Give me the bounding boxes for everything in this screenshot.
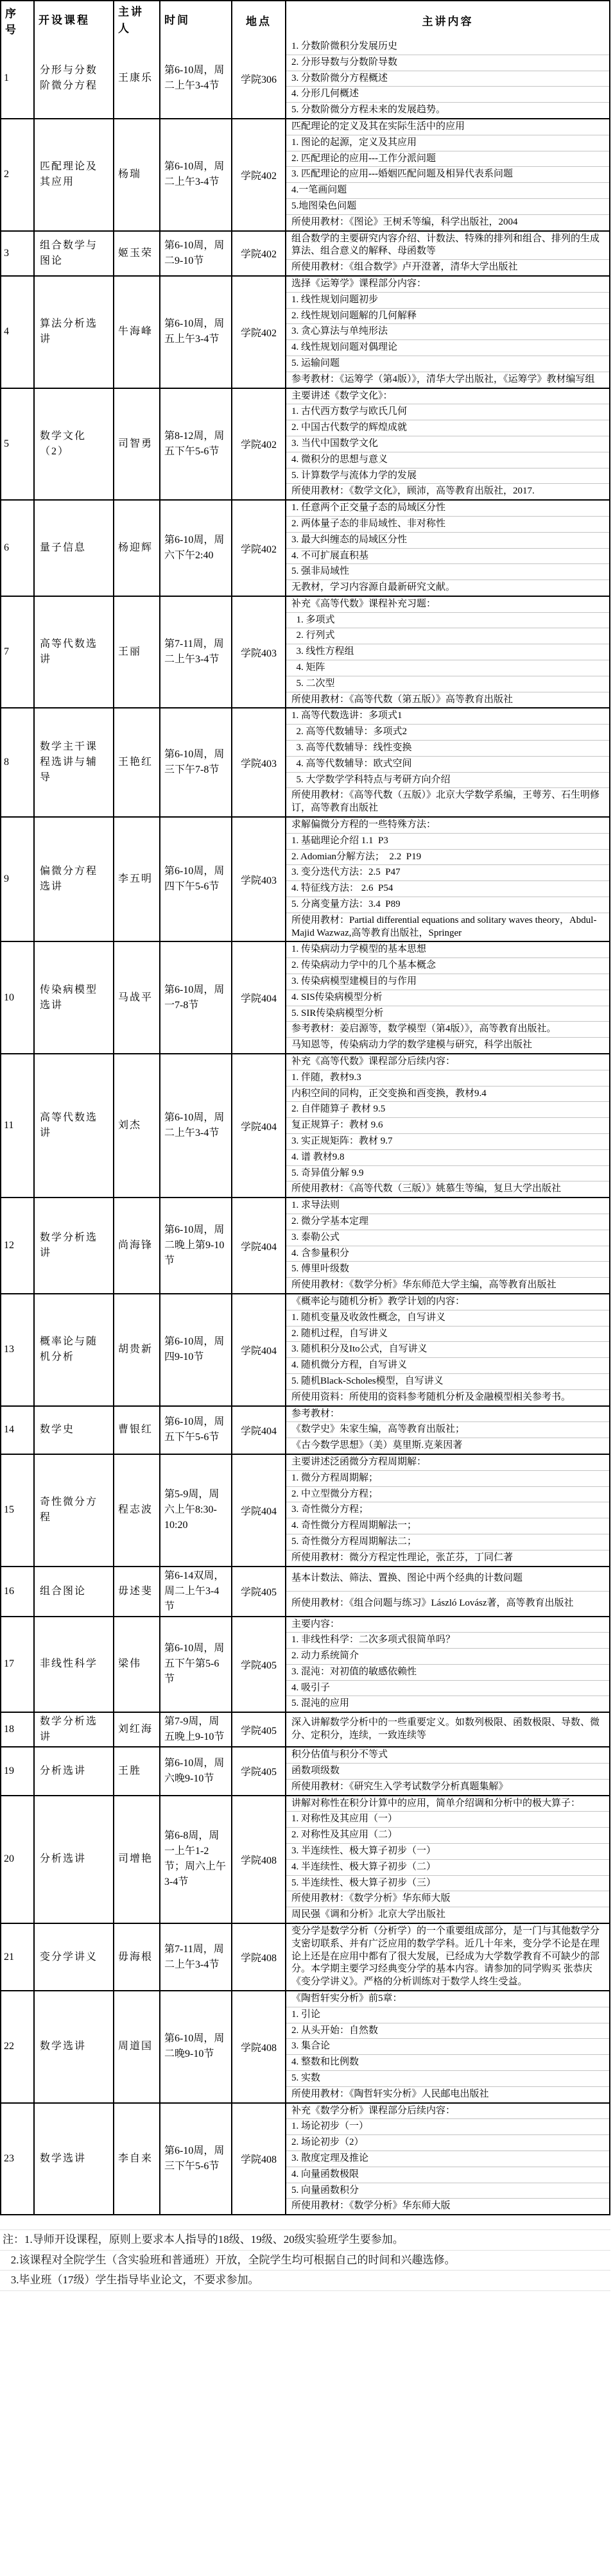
course-location: 学院404 — [232, 1198, 286, 1293]
content-line: 主要讲述《数学文化》： — [286, 389, 609, 405]
content-line: 3. 传染病模型建模目的与作用 — [286, 974, 609, 990]
content-line: 3. 分数阶微分方程概述 — [286, 71, 609, 87]
course-name: 概率论与随机分析 — [35, 1294, 114, 1405]
lecturer-name: 王艳红 — [114, 708, 160, 816]
content-line: 所使用教材：《组合问题与练习》László Lovász著，高等教育出版社 — [286, 1592, 609, 1616]
course-time: 第6-10周，周六下午2:40 — [160, 501, 232, 596]
content-line: 4. 谱 教材9.8 — [286, 1150, 609, 1166]
header-col-no: 序号 — [1, 1, 35, 39]
course-no: 5 — [1, 389, 35, 500]
content-line: 1. 微分方程周期解； — [286, 1471, 609, 1487]
course-content: 1. 分数阶微积分发展历史2. 分形导数与分数阶导数3. 分数阶微分方程概述4.… — [286, 39, 609, 118]
content-line: 《数学史》朱家生编，高等教育出版社； — [286, 1422, 609, 1438]
course-no: 3 — [1, 232, 35, 275]
course-content: 主要讲述《数学文化》：1. 古代西方数学与欧氏几何2. 中国古代数学的辉煌成就3… — [286, 389, 609, 500]
content-line: 选择《运筹学》课程部分内容： — [286, 277, 609, 293]
course-time: 第6-10周，周五下午5-6节 — [160, 1407, 232, 1454]
header-col-content: 主讲内容 — [286, 1, 609, 39]
course-row: 9偏微分方程选讲李五明第6-10周，周四下午5-6节学院403求解偏微分方程的一… — [1, 816, 609, 941]
course-time: 第6-14双周，周二上午3-4节 — [160, 1567, 232, 1616]
course-row: 16组合图论毋述斐第6-14双周，周二上午3-4节学院405基本计数法、筛法、置… — [1, 1566, 609, 1616]
content-line: 2. 从头开始：自然数 — [286, 2023, 609, 2039]
content-line: 2. 中国古代数学的辉煌成就 — [286, 420, 609, 436]
content-line: 《古今数学思想》（美）莫里斯.克莱因著 — [286, 1438, 609, 1454]
course-name: 数学选讲 — [35, 1991, 114, 2102]
content-line: 5. 向量函数积分 — [286, 2183, 609, 2199]
content-line: 2. 微分学基本定理 — [286, 1214, 609, 1230]
content-line: 1. 传染病动力学模型的基本思想 — [286, 942, 609, 958]
course-name: 非线性科学 — [35, 1617, 114, 1712]
content-line: 讲解对称性在积分计算中的应用，简单介绍调和分析中的极大算子： — [286, 1796, 609, 1812]
content-line: 2. Adomian分解方法； 2.2 P19 — [286, 850, 609, 866]
course-name: 组合数学与图论 — [35, 232, 114, 275]
content-line: 1. 古代西方数学与欧氏几何 — [286, 404, 609, 420]
content-line: 参考教材：姜启源等，数学模型（第4版）》，高等教育出版社。 — [286, 1022, 609, 1038]
course-row: 17非线性科学梁伟第6-10周，周五下午第5-6节学院405主要内容：1. 非线… — [1, 1616, 609, 1712]
content-line: 所使用教材：《数学文化》，顾沛，高等教育出版社，2017. — [286, 484, 609, 499]
content-line: 5. 分数阶微分方程未来的发展趋势。 — [286, 103, 609, 118]
content-line: 1. 分数阶微积分发展历史 — [286, 39, 609, 55]
course-no: 4 — [1, 277, 35, 388]
content-line: 主要内容： — [286, 1617, 609, 1633]
course-content: 选择《运筹学》课程部分内容：1. 线性规划问题初步2. 线性规划问题解的几何解释… — [286, 277, 609, 388]
course-name: 数学主干课程选讲与辅导 — [35, 708, 114, 816]
course-time: 第6-10周，周五上午3-4节 — [160, 277, 232, 388]
course-no: 9 — [1, 818, 35, 941]
content-line: 1. 非线性科学：二次多项式很简单吗？ — [286, 1633, 609, 1649]
course-time: 第7-11周，周二上午3-4节 — [160, 1924, 232, 1990]
course-content: 主要内容：1. 非线性科学：二次多项式很简单吗？2. 动力系统简介3. 混沌：对… — [286, 1617, 609, 1712]
course-no: 22 — [1, 1991, 35, 2102]
content-line: 2. 传染病动力学中的几个基本概念 — [286, 958, 609, 974]
content-line: 2. 自伴随算子 教材 9.5 — [286, 1102, 609, 1118]
lecturer-name: 司增艳 — [114, 1796, 160, 1923]
course-name: 数学选讲 — [35, 2104, 114, 2215]
course-time: 第6-10周，周三下午7-8节 — [160, 708, 232, 816]
course-content: 1. 高等代数选讲：多项式1 2. 高等代数辅导：多项式2 3. 高等代数辅导：… — [286, 708, 609, 816]
lecturer-name: 刘杰 — [114, 1054, 160, 1197]
course-no: 1 — [1, 39, 35, 118]
lecturer-name: 姬玉荣 — [114, 232, 160, 275]
course-no: 17 — [1, 1617, 35, 1712]
content-line: 深入讲解数学分析中的一些重要定义。如数列极限、函数极限、导数、微分、定积分，连续… — [286, 1713, 609, 1746]
course-name: 数学分析选讲 — [35, 1713, 114, 1746]
content-line: 4. SIS传染病模型分析 — [286, 990, 609, 1006]
course-content: 1. 求导法则2. 微分学基本定理3. 泰勒公式4. 含参量积分5. 傅里叶级数… — [286, 1198, 609, 1293]
lecturer-name: 司智勇 — [114, 389, 160, 500]
content-line: 3. 散度定理及推论 — [286, 2151, 609, 2167]
content-line: 所使用教材：《高等代数（五版）》北京大学数学系编，王萼芳、石生明修订，高等教育出… — [286, 788, 609, 816]
content-line: 5. 分离变量方法：3.4 P89 — [286, 897, 609, 913]
course-name: 分析选讲 — [35, 1796, 114, 1923]
course-no: 6 — [1, 501, 35, 596]
course-content: 《陶哲轩实分析》前5章：1. 引论2. 从头开始：自然数3. 集合论4. 整数和… — [286, 1991, 609, 2102]
content-line: 2. 匹配理论的应用---工作分派问题 — [286, 151, 609, 167]
course-name: 量子信息 — [35, 501, 114, 596]
content-line: 参考教材：《运筹学（第4版）》，清华大学出版社，《运筹学》教材编写组 — [286, 372, 609, 388]
content-line: 5. 运输问题 — [286, 356, 609, 372]
course-name: 匹配理论及其应用 — [35, 119, 114, 230]
course-row: 15奇性微分方程程志波第5-9周，周六上午8:30-10:20学院404主要讲述… — [1, 1454, 609, 1566]
content-line: 1. 线性规划问题初步 — [286, 293, 609, 309]
content-line: 组合数学的主要研究内容介绍、计数法、特殊的排列和组合、排列的生成算法、组合意义的… — [286, 232, 609, 261]
lecturer-name: 梁伟 — [114, 1617, 160, 1712]
footnotes-section: 注：1.导师开设课程，原则上要求本人指导的18级、19级、20级实验班学生要参加… — [0, 2215, 610, 2291]
course-name: 高等代数选讲 — [35, 1054, 114, 1197]
course-location: 学院404 — [232, 942, 286, 1053]
footnote-line: 2.该课程对全院学生（含实验班和普通班）开放，全院学生均可根据自己的时间和兴趣选… — [0, 2251, 610, 2271]
content-line: 2. 随机过程，自写讲义 — [286, 1327, 609, 1343]
course-name: 组合图论 — [35, 1567, 114, 1616]
lecturer-name: 王丽 — [114, 597, 160, 708]
content-line: 函数项级数 — [286, 1764, 609, 1780]
content-line: 所使用教材：《陶哲轩实分析》人民邮电出版社 — [286, 2087, 609, 2102]
content-line: 参考教材： — [286, 1407, 609, 1423]
course-schedule-page: 序号 开设课程 主讲人 时间 地点 主讲内容 1分形与分数阶微分方程王康乐第6-… — [0, 0, 613, 2291]
content-line: 4. 半连续性、极大算子初步（二） — [286, 1860, 609, 1876]
course-row: 3组合数学与图论姬玉荣第6-10周，周二9-10节学院402组合数学的主要研究内… — [1, 230, 609, 275]
content-line: 3. 当代中国数学文化 — [286, 436, 609, 452]
course-row: 2匹配理论及其应用杨瑞第6-10周，周二上午3-4节学院402匹配理论的定义及其… — [1, 118, 609, 230]
course-no: 13 — [1, 1294, 35, 1405]
course-time: 第5-9周，周六上午8:30-10:20 — [160, 1455, 232, 1566]
content-line: 2. 中立型微分方程； — [286, 1487, 609, 1503]
content-line: 1. 随机变量及收敛性概念，自写讲义 — [286, 1310, 609, 1327]
course-location: 学院404 — [232, 1054, 286, 1197]
content-line: 5. SIR传染病模型分析 — [286, 1006, 609, 1022]
content-line: 4. 奇性微分方程周期解法一； — [286, 1518, 609, 1534]
content-line: 主要讲述泛函微分方程周期解： — [286, 1455, 609, 1471]
course-location: 学院405 — [232, 1713, 286, 1746]
course-location: 学院404 — [232, 1407, 286, 1454]
course-content: 参考教材：《数学史》朱家生编，高等教育出版社；《古今数学思想》（美）莫里斯.克莱… — [286, 1407, 609, 1454]
content-line: 所使用教材：《组合数学》卢开澄著，清华大学出版社 — [286, 260, 609, 275]
course-location: 学院402 — [232, 119, 286, 230]
course-content: 1. 传染病动力学模型的基本思想2. 传染病动力学中的几个基本概念3. 传染病模… — [286, 942, 609, 1053]
course-time: 第6-10周，周二晚上第9-10节 — [160, 1198, 232, 1293]
content-line: 2. 场论初步（2） — [286, 2135, 609, 2151]
course-time: 第6-10周，周五下午第5-6节 — [160, 1617, 232, 1712]
content-line: 所使用资料：所使用的资料参考随机分析及金融模型相关参考书。 — [286, 1390, 609, 1405]
course-row: 8数学主干课程选讲与辅导王艳红第6-10周，周三下午7-8节学院4031. 高等… — [1, 707, 609, 816]
content-line: 5. 半连续性、极大算子初步（三） — [286, 1876, 609, 1892]
content-line: 变分学是数学分析（分析学）的一个重要组成部分，是一门与其他数学分支密切联系、并有… — [286, 1924, 609, 1990]
content-line: 补充《数学分析》课程部分后续内容： — [286, 2104, 609, 2120]
course-content: 求解偏微分方程的一些特殊方法：1. 基础理论介绍 1.1 P32. Adomia… — [286, 818, 609, 941]
content-line: 所使用教材：Partial differential equations and… — [286, 913, 609, 941]
course-content: 变分学是数学分析（分析学）的一个重要组成部分，是一门与其他数学分支密切联系、并有… — [286, 1924, 609, 1990]
course-no: 23 — [1, 2104, 35, 2215]
course-name: 传染病模型选讲 — [35, 942, 114, 1053]
course-name: 分析选讲 — [35, 1747, 114, 1794]
course-no: 10 — [1, 942, 35, 1053]
lecturer-name: 李五明 — [114, 818, 160, 941]
course-row: 18数学分析选讲刘红海第7-9周，周五晚上9-10节学院405深入讲解数学分析中… — [1, 1712, 609, 1746]
course-no: 16 — [1, 1567, 35, 1616]
course-no: 8 — [1, 708, 35, 816]
content-line: 1. 基础理论介绍 1.1 P3 — [286, 834, 609, 850]
course-time: 第6-10周，周二上午3-4节 — [160, 119, 232, 230]
content-line: 5. 混沌的应用 — [286, 1696, 609, 1712]
course-row: 5数学文化（2）司智勇第8-12周，周五下午5-6节学院402主要讲述《数学文化… — [1, 388, 609, 500]
course-row: 23数学选讲李自来第6-10周，周三下午5-6节学院408补充《数学分析》课程部… — [1, 2102, 609, 2215]
course-content: 补充《高等代数》课程部分后续内容：1. 伴随，教材9.3内积空间的同构，正交变换… — [286, 1054, 609, 1197]
course-content: 1. 任意两个正交量子态的局域区分性2. 两体量子态的非局域性、非对称性3. 最… — [286, 501, 609, 596]
content-line: 3. 贪心算法与单纯形法 — [286, 324, 609, 340]
header-col-lecturer: 主讲人 — [114, 1, 160, 39]
content-line: 3. 随机积分及Ito公式，自写讲义 — [286, 1342, 609, 1358]
content-line: 1. 场论初步（一） — [286, 2119, 609, 2135]
content-line: 3. 泰勒公式 — [286, 1230, 609, 1246]
course-content: 深入讲解数学分析中的一些重要定义。如数列极限、函数极限、导数、微分、定积分，连续… — [286, 1713, 609, 1746]
course-location: 学院403 — [232, 597, 286, 708]
content-line: 无教材，学习内容源自最新研究文献。 — [286, 580, 609, 596]
content-line: 5.地图染色问题 — [286, 199, 609, 215]
content-line: 所使用教材：《数学分析》华东师大版 — [286, 2199, 609, 2214]
content-line: 3. 高等代数辅导：线性变换 — [286, 741, 609, 757]
lecturer-name: 曹银红 — [114, 1407, 160, 1454]
lecturer-name: 王康乐 — [114, 39, 160, 118]
content-line: 5. 傅里叶级数 — [286, 1262, 609, 1278]
course-location: 学院408 — [232, 1924, 286, 1990]
content-line: 1. 任意两个正交量子态的局域区分性 — [286, 501, 609, 517]
content-line: 1. 图论的起源，定义及其应用 — [286, 135, 609, 151]
course-time: 第6-10周，周六晚9-10节 — [160, 1747, 232, 1794]
content-line: 4. 高等代数辅导：欧式空间 — [286, 757, 609, 773]
course-time: 第8-12周，周五下午5-6节 — [160, 389, 232, 500]
content-line: 4. 矩阵 — [286, 660, 609, 676]
content-line: 《概率论与随机分析》教学计划的内容： — [286, 1294, 609, 1310]
content-line: 3. 实正规矩阵：教材 9.7 — [286, 1134, 609, 1150]
content-line: 1. 多项式 — [286, 613, 609, 629]
course-location: 学院405 — [232, 1617, 286, 1712]
course-content: 补充《高等代数》课程补充习题： 1. 多项式 2. 行列式 3. 线性方程组 4… — [286, 597, 609, 708]
footnote-line: 注：1.导师开设课程，原则上要求本人指导的18级、19级、20级实验班学生要参加… — [0, 2230, 610, 2251]
course-name: 偏微分方程选讲 — [35, 818, 114, 941]
content-line: 4.一笔画问题 — [286, 183, 609, 199]
course-location: 学院402 — [232, 232, 286, 275]
content-line: 4. 特征线方法： 2.6 P54 — [286, 881, 609, 897]
lecturer-name: 周道国 — [114, 1991, 160, 2102]
content-line: 4. 整数和比例数 — [286, 2055, 609, 2071]
course-location: 学院402 — [232, 501, 286, 596]
content-line: 4. 吸引子 — [286, 1681, 609, 1697]
content-line: 所使用教材：《高等代数（三版）》姚慕生等编，复旦大学出版社 — [286, 1181, 609, 1197]
course-row: 14数学史曹银红第6-10周，周五下午5-6节学院404参考教材：《数学史》朱家… — [1, 1405, 609, 1454]
course-content: 基本计数法、筛法、置换、图论中两个经典的计数问题所使用教材：《组合问题与练习》L… — [286, 1567, 609, 1616]
course-schedule-table: 序号 开设课程 主讲人 时间 地点 主讲内容 1分形与分数阶微分方程王康乐第6-… — [0, 0, 610, 2215]
course-name: 数学文化（2） — [35, 389, 114, 500]
course-time: 第6-10周，周一7-8节 — [160, 942, 232, 1053]
course-name: 变分学讲义 — [35, 1924, 114, 1990]
content-line: 补充《高等代数》课程部分后续内容： — [286, 1054, 609, 1070]
content-line: 3. 变分迭代方法：2.5 P47 — [286, 865, 609, 881]
content-line: 2. 两体量子态的非局域性、非对称性 — [286, 517, 609, 533]
content-line: 3. 半连续性、极大算子初步（一） — [286, 1844, 609, 1860]
course-no: 15 — [1, 1455, 35, 1566]
course-location: 学院405 — [232, 1747, 286, 1794]
course-row: 22数学选讲周道国第6-10周，周二晚9-10节学院408《陶哲轩实分析》前5章… — [1, 1990, 609, 2102]
content-line: 4. 向量函数极限 — [286, 2167, 609, 2183]
content-line: 所使用教材：微分方程定性理论，张芷芬，丁同仁著 — [286, 1550, 609, 1566]
course-time: 第6-8周，周一上午1-2节；周六上午3-4节 — [160, 1796, 232, 1923]
content-line: 5. 随机Black-Scholes模型，自写讲义 — [286, 1374, 609, 1390]
course-location: 学院403 — [232, 818, 286, 941]
lecturer-name: 杨迎辉 — [114, 501, 160, 596]
content-line: 2. 行列式 — [286, 628, 609, 644]
course-time: 第6-10周，周二9-10节 — [160, 232, 232, 275]
content-line: 5. 强非局域性 — [286, 564, 609, 580]
content-line: 1. 求导法则 — [286, 1198, 609, 1214]
content-line: 复正规算子：教材 9.6 — [286, 1118, 609, 1134]
lecturer-name: 胡贵新 — [114, 1294, 160, 1405]
empty-grid-row — [0, 2215, 610, 2230]
content-line: 5. 二次型 — [286, 676, 609, 692]
course-time: 第7-9周，周五晚上9-10节 — [160, 1713, 232, 1746]
content-line: 1. 伴随，教材9.3 — [286, 1070, 609, 1086]
content-line: 匹配理论的定义及其在实际生活中的应用 — [286, 119, 609, 135]
course-time: 第6-10周，周二上午3-4节 — [160, 39, 232, 118]
table-body: 1分形与分数阶微分方程王康乐第6-10周，周二上午3-4节学院3061. 分数阶… — [1, 39, 609, 2214]
course-name: 分形与分数阶微分方程 — [35, 39, 114, 118]
course-row: 4算法分析选讲牛海峰第6-10周，周五上午3-4节学院402选择《运筹学》课程部… — [1, 275, 609, 388]
lecturer-name: 毋海根 — [114, 1924, 160, 1990]
lecturer-name: 刘红海 — [114, 1713, 160, 1746]
course-content: 讲解对称性在积分计算中的应用，简单介绍调和分析中的极大算子：1. 对称性及其应用… — [286, 1796, 609, 1923]
course-location: 学院408 — [232, 1796, 286, 1923]
content-line: 5. 大学数学学科特点与考研方向介绍 — [286, 773, 609, 789]
course-no: 20 — [1, 1796, 35, 1923]
lecturer-name: 杨瑞 — [114, 119, 160, 230]
course-content: 组合数学的主要研究内容介绍、计数法、特殊的排列和组合、排列的生成算法、组合意义的… — [286, 232, 609, 275]
course-row: 12数学分析选讲尚海锋第6-10周，周二晚上第9-10节学院4041. 求导法则… — [1, 1197, 609, 1293]
course-name: 数学分析选讲 — [35, 1198, 114, 1293]
content-line: 4. 微积分的思想与意义 — [286, 452, 609, 468]
content-line: 2. 线性规划问题解的几何解释 — [286, 309, 609, 325]
course-time: 第6-10周，周三下午5-6节 — [160, 2104, 232, 2215]
content-line: 1. 引论 — [286, 2007, 609, 2023]
lecturer-name: 程志波 — [114, 1455, 160, 1566]
course-no: 7 — [1, 597, 35, 708]
lecturer-name: 毋述斐 — [114, 1567, 160, 1616]
content-line: 3. 奇性微分方程； — [286, 1502, 609, 1518]
content-line: 3. 最大纠缠态的局域区分性 — [286, 533, 609, 549]
content-line: 内积空间的同构，正交变换和酉变换，教材9.4 — [286, 1086, 609, 1103]
content-line: 3. 线性方程组 — [286, 644, 609, 660]
content-line: 3. 集合论 — [286, 2039, 609, 2055]
course-location: 学院306 — [232, 39, 286, 118]
course-name: 算法分析选讲 — [35, 277, 114, 388]
course-row: 21变分学讲义毋海根第7-11周，周二上午3-4节学院408变分学是数学分析（分… — [1, 1923, 609, 1990]
course-content: 补充《数学分析》课程部分后续内容：1. 场论初步（一）2. 场论初步（2）3. … — [286, 2104, 609, 2215]
course-no: 12 — [1, 1198, 35, 1293]
content-line: 所使用教材：《数学分析》华东师大版 — [286, 1891, 609, 1907]
content-line: 2. 对称性及其应用（二） — [286, 1828, 609, 1844]
course-location: 学院408 — [232, 1991, 286, 2102]
footnote-line: 3.毕业班（17级）学生指导毕业论文，不要求参加。 — [0, 2271, 610, 2291]
course-no: 21 — [1, 1924, 35, 1990]
content-line: 所使用教材：《研究生入学考试数学分析真题集解》 — [286, 1780, 609, 1795]
course-time: 第6-10周，周四下午5-6节 — [160, 818, 232, 941]
course-time: 第6-10周，周二晚9-10节 — [160, 1991, 232, 2102]
content-line: 所使用教材：《图论》王树禾等编，科学出版社，2004 — [286, 215, 609, 230]
course-no: 2 — [1, 119, 35, 230]
course-row: 7高等代数选讲王丽第7-11周，周二上午3-4节学院403补充《高等代数》课程补… — [1, 596, 609, 708]
content-line: 4. 含参量积分 — [286, 1246, 609, 1262]
course-content: 主要讲述泛函微分方程周期解：1. 微分方程周期解；2. 中立型微分方程；3. 奇… — [286, 1455, 609, 1566]
course-location: 学院404 — [232, 1294, 286, 1405]
course-row: 11高等代数选讲刘杰第6-10周，周二上午3-4节学院404补充《高等代数》课程… — [1, 1053, 609, 1197]
course-location: 学院402 — [232, 389, 286, 500]
course-row: 1分形与分数阶微分方程王康乐第6-10周，周二上午3-4节学院3061. 分数阶… — [1, 39, 609, 118]
course-location: 学院402 — [232, 277, 286, 388]
course-content: 《概率论与随机分析》教学计划的内容：1. 随机变量及收敛性概念，自写讲义2. 随… — [286, 1294, 609, 1405]
lecturer-name: 马战平 — [114, 942, 160, 1053]
content-line: 马知恩等，传染病动力学的数学建模与研究，科学出版社 — [286, 1038, 609, 1053]
content-line: 3. 匹配理论的应用---婚姻匹配问题及相异代表系问题 — [286, 167, 609, 183]
course-time: 第6-10周，周四9-10节 — [160, 1294, 232, 1405]
content-line: 4. 线性规划问题对偶理论 — [286, 340, 609, 356]
content-line: 4. 随机微分方程，自写讲义 — [286, 1358, 609, 1374]
content-line: 求解偏微分方程的一些特殊方法： — [286, 818, 609, 834]
content-line: 4. 分形几何概述 — [286, 87, 609, 103]
header-col-location: 地点 — [232, 1, 286, 39]
course-content: 匹配理论的定义及其在实际生活中的应用1. 图论的起源，定义及其应用2. 匹配理论… — [286, 119, 609, 230]
course-row: 19分析选讲王胜第6-10周，周六晚9-10节学院405积分估值与积分不等式函数… — [1, 1746, 609, 1794]
lecturer-name: 牛海峰 — [114, 277, 160, 388]
content-line: 2. 分形导数与分数阶导数 — [286, 55, 609, 71]
content-line: 补充《高等代数》课程补充习题： — [286, 597, 609, 613]
course-time: 第7-11周，周二上午3-4节 — [160, 597, 232, 708]
content-line: 所使用教材：《数学分析》华东师范大学主编，高等教育出版社 — [286, 1278, 609, 1293]
course-no: 18 — [1, 1713, 35, 1746]
content-line: 3. 混沌：对初值的敏感依赖性 — [286, 1665, 609, 1681]
content-line: 2. 动力系统简介 — [286, 1649, 609, 1665]
content-line: 1. 对称性及其应用（一） — [286, 1812, 609, 1828]
lecturer-name: 王胜 — [114, 1747, 160, 1794]
header-col-time: 时间 — [160, 1, 232, 39]
content-line: 周民强《调和分析》北京大学出版社 — [286, 1907, 609, 1923]
footnotes: 注：1.导师开设课程，原则上要求本人指导的18级、19级、20级实验班学生要参加… — [0, 2230, 610, 2291]
course-time: 第6-10周，周二上午3-4节 — [160, 1054, 232, 1197]
course-location: 学院403 — [232, 708, 286, 816]
course-row: 20分析选讲司增艳第6-8周，周一上午1-2节；周六上午3-4节学院408讲解对… — [1, 1795, 609, 1923]
content-line: 5. 奇性微分方程周期解法二； — [286, 1534, 609, 1550]
content-line: 1. 高等代数选讲：多项式1 — [286, 708, 609, 725]
content-line: 基本计数法、筛法、置换、图论中两个经典的计数问题 — [286, 1567, 609, 1592]
table-header-row: 序号 开设课程 主讲人 时间 地点 主讲内容 — [1, 1, 609, 39]
header-col-course: 开设课程 — [35, 1, 114, 39]
course-location: 学院405 — [232, 1567, 286, 1616]
course-name: 奇性微分方程 — [35, 1455, 114, 1566]
content-line: 4. 不可扩展直积基 — [286, 549, 609, 565]
lecturer-name: 尚海锋 — [114, 1198, 160, 1293]
course-row: 10传染病模型选讲马战平第6-10周，周一7-8节学院4041. 传染病动力学模… — [1, 941, 609, 1053]
content-line: 积分估值与积分不等式 — [286, 1747, 609, 1764]
course-no: 19 — [1, 1747, 35, 1794]
course-row: 13概率论与随机分析胡贵新第6-10周，周四9-10节学院404《概率论与随机分… — [1, 1293, 609, 1405]
lecturer-name: 李自来 — [114, 2104, 160, 2215]
course-no: 14 — [1, 1407, 35, 1454]
content-line: 所使用教材：《高等代数（第五版）》高等教育出版社 — [286, 692, 609, 708]
course-location: 学院408 — [232, 2104, 286, 2215]
course-row: 6量子信息杨迎辉第6-10周，周六下午2:40学院4021. 任意两个正交量子态… — [1, 499, 609, 596]
course-name: 高等代数选讲 — [35, 597, 114, 708]
course-content: 积分估值与积分不等式函数项级数所使用教材：《研究生入学考试数学分析真题集解》 — [286, 1747, 609, 1794]
content-line: 5. 奇异值分解 9.9 — [286, 1166, 609, 1182]
content-line: 5. 实数 — [286, 2071, 609, 2087]
course-location: 学院404 — [232, 1455, 286, 1566]
